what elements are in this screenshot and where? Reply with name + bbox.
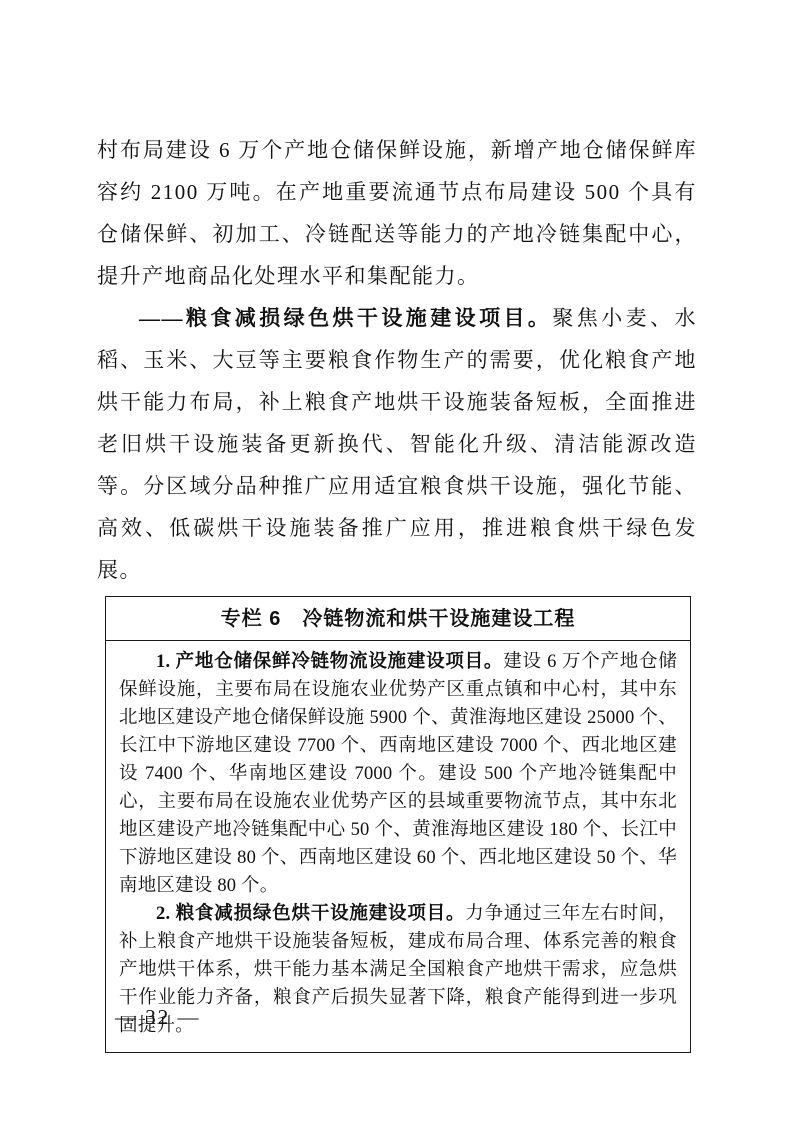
box-item-1: 1. 产地仓储保鲜冷链物流设施建设项目。建设 6 万个产地仓储保鲜设施，主要布局… (119, 648, 677, 900)
main-paragraph-2-body: 聚焦小麦、水稻、玉米、大豆等主要粮食作物生产的需要，优化粮食产地烘干能力布局，补… (97, 306, 697, 582)
box-item-1-body: 建设 6 万个产地仓储保鲜设施，主要布局在设施农业优势产区重点镇和中心村，其中东… (119, 652, 677, 896)
footer-page-number: — 32 — (115, 1005, 201, 1030)
box-title: 专栏 6 冷链物流和烘干设施建设工程 (106, 597, 690, 641)
main-paragraph-2-lead: ——粮食减损绿色烘干设施建设项目。 (139, 306, 552, 330)
main-paragraph-1: 村布局建设 6 万个产地仓储保鲜设施，新增产地仓储保鲜库容约 2100 万吨。在… (97, 129, 697, 297)
box-body: 1. 产地仓储保鲜冷链物流设施建设项目。建设 6 万个产地仓储保鲜设施，主要布局… (106, 641, 690, 1052)
page-content: 村布局建设 6 万个产地仓储保鲜设施，新增产地仓储保鲜库容约 2100 万吨。在… (97, 129, 697, 1053)
column-6-box: 专栏 6 冷链物流和烘干设施建设工程 1. 产地仓储保鲜冷链物流设施建设项目。建… (105, 596, 691, 1053)
box-item-2: 2. 粮食减损绿色烘干设施建设项目。力争通过三年左右时间，补上粮食产地烘干设施装… (119, 900, 677, 1040)
box-item-2-lead: 2. 粮食减损绿色烘干设施建设项目。 (156, 904, 465, 924)
main-paragraph-2: ——粮食减损绿色烘干设施建设项目。聚焦小麦、水稻、玉米、大豆等主要粮食作物生产的… (97, 297, 697, 591)
document-page: 村布局建设 6 万个产地仓储保鲜设施，新增产地仓储保鲜库容约 2100 万吨。在… (0, 0, 794, 1123)
box-item-1-lead: 1. 产地仓储保鲜冷链物流设施建设项目。 (156, 652, 503, 672)
